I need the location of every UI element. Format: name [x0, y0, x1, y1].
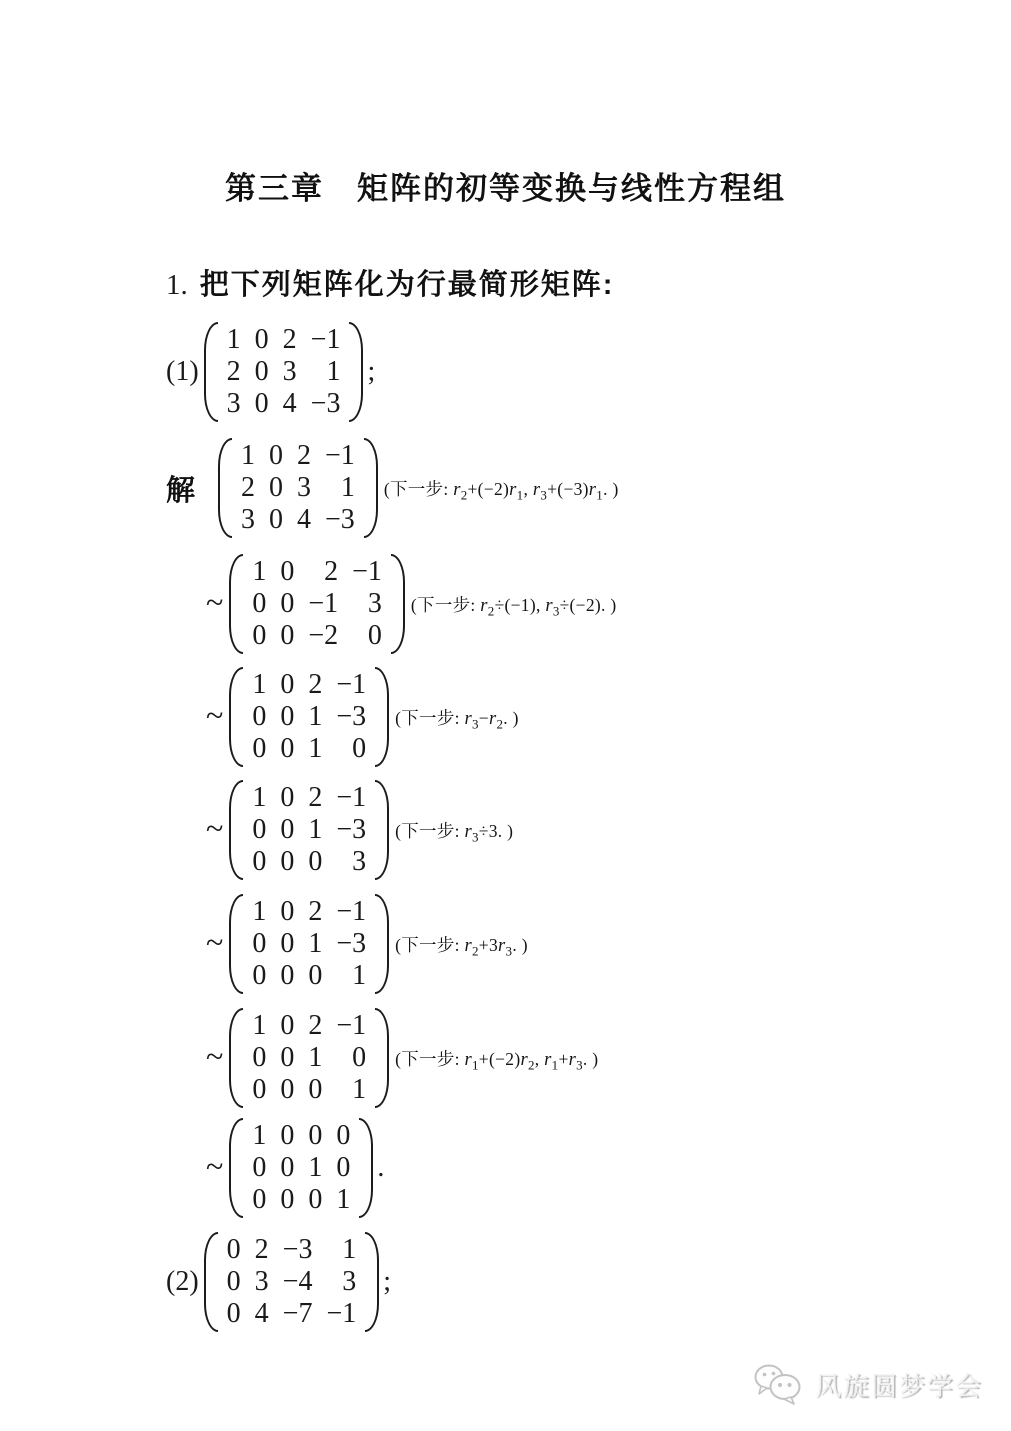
step-annotation: (下一步: r2+3r3. )	[395, 932, 528, 957]
matrix-cell: −3	[336, 814, 366, 846]
matrix-cell: 1	[308, 928, 322, 960]
matrix-cell: 0	[308, 960, 322, 992]
right-paren	[349, 322, 363, 422]
matrix-cell: −3	[283, 1234, 313, 1266]
matrix: 102−1001−30010	[229, 667, 389, 767]
matrix-cell: 0	[252, 1152, 266, 1184]
matrix-cell: 0	[352, 1042, 366, 1074]
left-paren	[229, 1118, 243, 1218]
matrix: 102−100−1300−20	[229, 554, 405, 654]
tilde-operator: ~	[206, 697, 223, 734]
wechat-icon	[753, 1363, 803, 1405]
matrix-cell: 0	[252, 733, 266, 765]
part-label: (2)	[166, 1266, 199, 1298]
matrix-cell: 0	[252, 960, 266, 992]
matrix-cell: 2	[255, 1234, 269, 1266]
matrix-cell: −1	[311, 324, 341, 356]
problem-text: 把下列矩阵化为行最简形矩阵:	[200, 268, 615, 302]
matrix-cell: 0	[252, 814, 266, 846]
punctuation: ;	[383, 1266, 391, 1298]
page-title: 第三章 矩阵的初等变换与线性方程组	[0, 170, 1011, 208]
matrix-cell: 0	[308, 846, 322, 878]
matrix-cell: 0	[280, 960, 294, 992]
matrix-cell: 2	[308, 1010, 322, 1042]
matrix: 102−1001−30003	[229, 780, 389, 880]
left-paren	[204, 1232, 218, 1332]
matrix-cell: −1	[326, 1298, 356, 1330]
matrix-cell: −7	[283, 1298, 313, 1330]
step-block: ~ 102−1001−30010 (下一步: r3−r2. )	[206, 667, 1011, 767]
matrix-grid: 102−12031304−3	[218, 322, 350, 422]
matrix-cell: 0	[280, 1074, 294, 1106]
matrix-cell: 0	[252, 1184, 266, 1216]
matrix-cell: 0	[280, 896, 294, 928]
matrix-cell: 1	[341, 472, 355, 504]
matrix-cell: 1	[308, 701, 322, 733]
matrix-cell: 0	[252, 620, 266, 652]
matrix-cell: 1	[352, 1074, 366, 1106]
step-annotation: (下一步: r1+(−2)r2, r1+r3. )	[395, 1046, 598, 1071]
matrix: 100000100001	[229, 1118, 373, 1218]
matrix-cell: 0	[227, 1298, 241, 1330]
matrix: 102−1001−30001	[229, 894, 389, 994]
matrix-cell: 0	[280, 1042, 294, 1074]
matrix-grid: 102−12031304−3	[232, 438, 364, 538]
matrix-cell: 1	[308, 733, 322, 765]
matrix-cell: 1	[252, 896, 266, 928]
step-block-final: ~ 100000100001 .	[206, 1118, 1011, 1218]
matrix-cell: 2	[324, 556, 338, 588]
matrix-cell: 0	[252, 1042, 266, 1074]
matrix: 102−100100001	[229, 1008, 389, 1108]
matrix-cell: 0	[280, 701, 294, 733]
matrix-cell: 0	[336, 1120, 350, 1152]
matrix-cell: 1	[308, 1042, 322, 1074]
left-paren	[229, 780, 243, 880]
matrix-cell: −3	[311, 388, 341, 420]
matrix-cell: 1	[241, 440, 255, 472]
matrix-cell: 1	[336, 1184, 350, 1216]
matrix-cell: −1	[308, 588, 338, 620]
matrix-cell: 3	[368, 588, 382, 620]
matrix-cell: 1	[326, 356, 340, 388]
matrix-cell: 0	[255, 388, 269, 420]
matrix-cell: 0	[280, 1184, 294, 1216]
left-paren	[229, 1008, 243, 1108]
matrix-cell: 2	[297, 440, 311, 472]
matrix-cell: 0	[269, 472, 283, 504]
right-paren	[375, 894, 389, 994]
matrix-cell: −1	[325, 440, 355, 472]
tilde-operator: ~	[206, 924, 223, 961]
step-annotation: (下一步: r2÷(−1), r3÷(−2). )	[411, 592, 617, 617]
matrix-cell: 0	[336, 1152, 350, 1184]
matrix-cell: 1	[252, 1010, 266, 1042]
matrix: 102−12031304−3	[218, 438, 378, 538]
matrix-cell: 3	[297, 472, 311, 504]
matrix-cell: 0	[280, 846, 294, 878]
matrix-cell: −1	[352, 556, 382, 588]
matrix-cell: 1	[252, 556, 266, 588]
step-annotation: (下一步: r3−r2. )	[395, 705, 519, 730]
matrix-cell: 0	[280, 928, 294, 960]
matrix-cell: 2	[308, 896, 322, 928]
matrix-grid: 102−1001−30001	[243, 894, 375, 994]
matrix-cell: 0	[252, 1074, 266, 1106]
tilde-operator: ~	[206, 1038, 223, 1075]
matrix-cell: 0	[269, 440, 283, 472]
matrix-cell: 0	[252, 846, 266, 878]
left-paren	[229, 894, 243, 994]
matrix-cell: 0	[255, 356, 269, 388]
matrix-cell: −3	[336, 701, 366, 733]
matrix-cell: 0	[252, 588, 266, 620]
right-paren	[375, 667, 389, 767]
matrix-cell: 0	[308, 1120, 322, 1152]
matrix-cell: 2	[308, 782, 322, 814]
matrix-cell: 3	[342, 1266, 356, 1298]
matrix-cell: 0	[227, 1266, 241, 1298]
matrix-cell: 1	[308, 1152, 322, 1184]
right-paren	[359, 1118, 373, 1218]
matrix-cell: 1	[252, 782, 266, 814]
matrix-cell: −3	[336, 928, 366, 960]
matrix-cell: 0	[252, 928, 266, 960]
matrix-cell: 0	[308, 1074, 322, 1106]
matrix-cell: 3	[255, 1266, 269, 1298]
step-annotation: (下一步: r3÷3. )	[395, 818, 513, 843]
matrix-cell: 2	[283, 324, 297, 356]
matrix: 102−12031304−3	[204, 322, 364, 422]
matrix-cell: 3	[283, 356, 297, 388]
tilde-operator: ~	[206, 584, 223, 621]
right-paren	[375, 1008, 389, 1108]
matrix-cell: 3	[227, 388, 241, 420]
matrix-cell: −2	[308, 620, 338, 652]
matrix-cell: 0	[280, 1010, 294, 1042]
left-paren	[229, 554, 243, 654]
left-paren	[229, 667, 243, 767]
step-block: ~ 102−1001−30003 (下一步: r3÷3. )	[206, 780, 1011, 880]
step-block: ~ 102−100−1300−20 (下一步: r2÷(−1), r3÷(−2)…	[206, 554, 1011, 654]
punctuation: ;	[367, 356, 375, 388]
problem-statement: 1. 把下列矩阵化为行最简形矩阵:	[166, 268, 1011, 302]
matrix-cell: 0	[280, 620, 294, 652]
matrix-cell: −1	[336, 1010, 366, 1042]
matrix-cell: 1	[227, 324, 241, 356]
matrix-cell: −4	[283, 1266, 313, 1298]
matrix-block-part1: (1) 102−12031304−3 ;	[166, 322, 1011, 422]
matrix-grid: 102−100−1300−20	[243, 554, 391, 654]
matrix-cell: 1	[342, 1234, 356, 1266]
matrix-cell: 0	[280, 733, 294, 765]
matrix-cell: 0	[280, 556, 294, 588]
right-paren	[375, 780, 389, 880]
tilde-operator: ~	[206, 1148, 223, 1185]
right-paren	[364, 438, 378, 538]
matrix-cell: 0	[252, 701, 266, 733]
matrix-cell: 0	[227, 1234, 241, 1266]
matrix-cell: 3	[352, 846, 366, 878]
matrix-cell: 0	[280, 1120, 294, 1152]
matrix-cell: 0	[269, 504, 283, 536]
document-page: 第三章 矩阵的初等变换与线性方程组 1. 把下列矩阵化为行最简形矩阵: (1) …	[0, 0, 1011, 1431]
matrix-cell: 1	[308, 814, 322, 846]
matrix-cell: 2	[308, 669, 322, 701]
matrix-cell: 4	[255, 1298, 269, 1330]
matrix-cell: 0	[368, 620, 382, 652]
matrix-cell: 0	[280, 814, 294, 846]
matrix-cell: −1	[336, 782, 366, 814]
matrix-cell: 0	[255, 324, 269, 356]
matrix-cell: 1	[252, 1120, 266, 1152]
solution-block: 解 102−12031304−3 (下一步: r2+(−2)r1, r3+(−3…	[166, 438, 1011, 538]
solution-label: 解	[166, 468, 195, 509]
matrix-cell: 4	[297, 504, 311, 536]
matrix-cell: 0	[280, 782, 294, 814]
matrix-cell: 0	[280, 588, 294, 620]
matrix-cell: 0	[280, 1152, 294, 1184]
matrix-cell: 0	[352, 733, 366, 765]
matrix-grid: 102−1001−30010	[243, 667, 375, 767]
right-paren	[391, 554, 405, 654]
matrix-cell: 1	[252, 669, 266, 701]
matrix-grid: 02−3103−4304−7−1	[218, 1232, 366, 1332]
matrix-cell: 2	[227, 356, 241, 388]
matrix-cell: 1	[352, 960, 366, 992]
problem-number: 1.	[166, 268, 188, 302]
matrix-cell: 2	[241, 472, 255, 504]
punctuation: .	[377, 1152, 384, 1184]
matrix-cell: −1	[336, 896, 366, 928]
matrix-grid: 100000100001	[243, 1118, 359, 1218]
left-paren	[218, 438, 232, 538]
tilde-operator: ~	[206, 810, 223, 847]
matrix-block-part2: (2) 02−3103−4304−7−1 ;	[166, 1232, 1011, 1332]
matrix-cell: 3	[241, 504, 255, 536]
matrix-grid: 102−1001−30003	[243, 780, 375, 880]
step-block: ~ 102−1001−30001 (下一步: r2+3r3. )	[206, 894, 1011, 994]
part-label: (1)	[166, 356, 199, 388]
left-paren	[204, 322, 218, 422]
matrix-cell: −1	[336, 669, 366, 701]
matrix: 02−3103−4304−7−1	[204, 1232, 380, 1332]
matrix-cell: 4	[283, 388, 297, 420]
watermark: 风旋圆梦学会	[753, 1363, 983, 1405]
watermark-text: 风旋圆梦学会	[815, 1366, 983, 1403]
matrix-cell: 0	[308, 1184, 322, 1216]
matrix-grid: 102−100100001	[243, 1008, 375, 1108]
step-annotation: (下一步: r2+(−2)r1, r3+(−3)r1. )	[384, 476, 619, 501]
right-paren	[365, 1232, 379, 1332]
matrix-cell: 0	[280, 669, 294, 701]
step-block: ~ 102−100100001 (下一步: r1+(−2)r2, r1+r3. …	[206, 1008, 1011, 1108]
matrix-cell: −3	[325, 504, 355, 536]
